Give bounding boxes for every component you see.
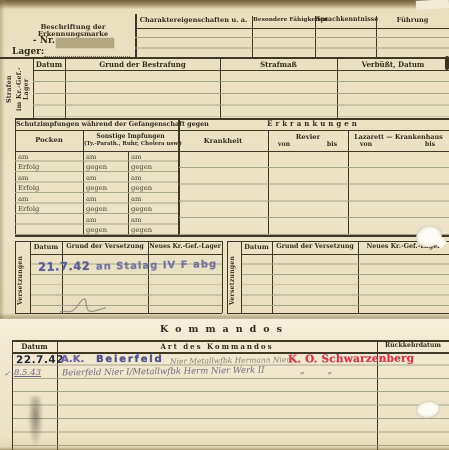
impf-cell: am [18,174,78,182]
col-charaktereigenschaften: Charaktereigenschaften u. a. [137,17,250,24]
line [227,241,228,313]
versetzungen-side-label-left: Versetzungen [17,250,24,310]
kommando-row1-ak-stamp: A.K. [61,354,84,365]
impf-cell: am [18,195,78,203]
impfungen-col-sonstige-1: Sonstige Impfungen [84,134,177,141]
impf-cell: Erfolg [18,184,78,192]
erkrankungen-lazarett-von: von [356,142,376,149]
erkrankungen-revier-von: von [274,142,294,149]
impf-cell: am [18,153,78,161]
versetzungen-r-h-datum: Datum [241,244,272,251]
kommandos-h-rueckkehrdatum: Rückkehrdatum [377,343,449,350]
line [0,57,449,59]
kommando-row1-ort-stamp: Beierfeld [96,354,163,365]
strafen-h-datum: Datum [33,61,65,69]
impf-cell: am [131,195,175,203]
erkennungsmarke-nr-label: - Nr. [32,37,56,47]
kommandos-h-art: Art des Kommandos [57,343,377,351]
erkrankungen-revier-bis: bis [322,142,342,149]
lager-dotted-line [44,48,130,57]
erkrankungen-col-krankheit: Krankheit [178,138,268,145]
impf-cell: gegen [131,226,175,234]
line [15,235,449,237]
erkennungsmarke-label: Beschriftung der Erkennungsmarke [12,24,134,39]
strafen-h-verbuesst: Verbüßt, Datum [337,61,449,69]
impf-cell: am [86,195,126,203]
impf-cell: gegen [86,184,126,192]
impfungen-col-pocken: Pocken [15,137,83,144]
erkrankungen-col-lazarett: Lazarett — Krankenhaus [348,134,449,141]
erkrankungen-title: Erkrankungen [178,120,449,128]
col-sprachkenntnisse: Sprachkenntnisse [316,17,375,24]
scan-top-right-tear [416,0,449,10]
impf-cell: gegen [86,163,126,171]
versetzungen-side-label-right: Versetzungen [229,250,236,310]
impf-cell: gegen [86,205,126,213]
col-besondere-faehigkeiten: Besondere Fähigkeiten [253,17,314,23]
versetzungen-l-h-datum: Datum [30,244,62,251]
impf-cell: am [131,174,175,182]
stalag-transfer-stamp: 21.7.42 an Stalag IV F abg [38,252,217,275]
versetzungen-l-h-grund: Grund der Versetzung [62,244,148,251]
pencil-smudge [28,396,43,446]
strafen-side-label-2: im Kr.-Gef.-Lager [16,60,30,118]
impf-cell: gegen [131,184,175,192]
kommando-row1-handwriting: Nier Metallwfbk Hermann Nier [170,355,290,366]
col-fuehrung: Führung [377,17,448,24]
strafen-side-label-1: Strafen [6,62,13,116]
pow-record-card-scan: Beschriftung der Erkennungsmarke - Nr. L… [0,0,449,450]
scan-top-edge [0,0,449,9]
kommando-row2-check: ✓ [4,369,10,378]
ruled-rows-top [135,28,449,57]
impf-cell: am [131,216,175,224]
kommando-row2-ditto-marks: „ „ [300,366,332,376]
kommandos-h-datum: Datum [12,343,57,351]
ruled-rows-versetzungen-right [242,254,449,313]
strafen-h-grund: Grund der Bestrafung [65,61,220,69]
versetzungen-l-h-neues: Neues Kr.-Gef.-Lager [148,244,222,251]
impf-cell: am [86,153,126,161]
impf-cell: am [86,216,126,224]
line [222,241,223,313]
impf-cell: gegen [86,226,126,234]
stalag-stamp-text: an Stalag IV F abg [96,259,217,273]
impf-cell: Erfolg [18,205,78,213]
versetzungen-r-h-grund: Grund der Versetzung [272,244,358,251]
kommandos-title: Kommandos [0,325,449,335]
kommando-row1-date-stamp: 22.7.42 [16,354,64,367]
impf-cell: gegen [131,163,175,171]
ruled-rows-strafen [33,70,449,117]
erkrankungen-lazarett-bis: bis [420,142,440,149]
line [15,241,16,313]
line [15,130,449,131]
impf-cell: am [131,153,175,161]
erkennungsmarke-nr-redacted [56,38,114,48]
kommando-row1-red-stamp: K. O. Schwarzenberg [288,352,414,365]
impf-cell: am [86,174,126,182]
ruled-rows-erkrankungen [179,151,449,235]
impf-cell: gegen [131,205,175,213]
strafen-h-strafmass: Strafmaß [220,61,337,69]
stalag-stamp-date: 21.7.42 [38,259,91,274]
impfungen-col-sonstige-2: (Ty.-Parath., Ruhr, Cholera usw.) [84,142,177,148]
impf-cell: Erfolg [18,163,78,171]
impfungen-title: Schutzimpfungen während der Gefangenscha… [16,121,177,128]
kommando-row2-date: 8.5.43 [14,368,41,378]
